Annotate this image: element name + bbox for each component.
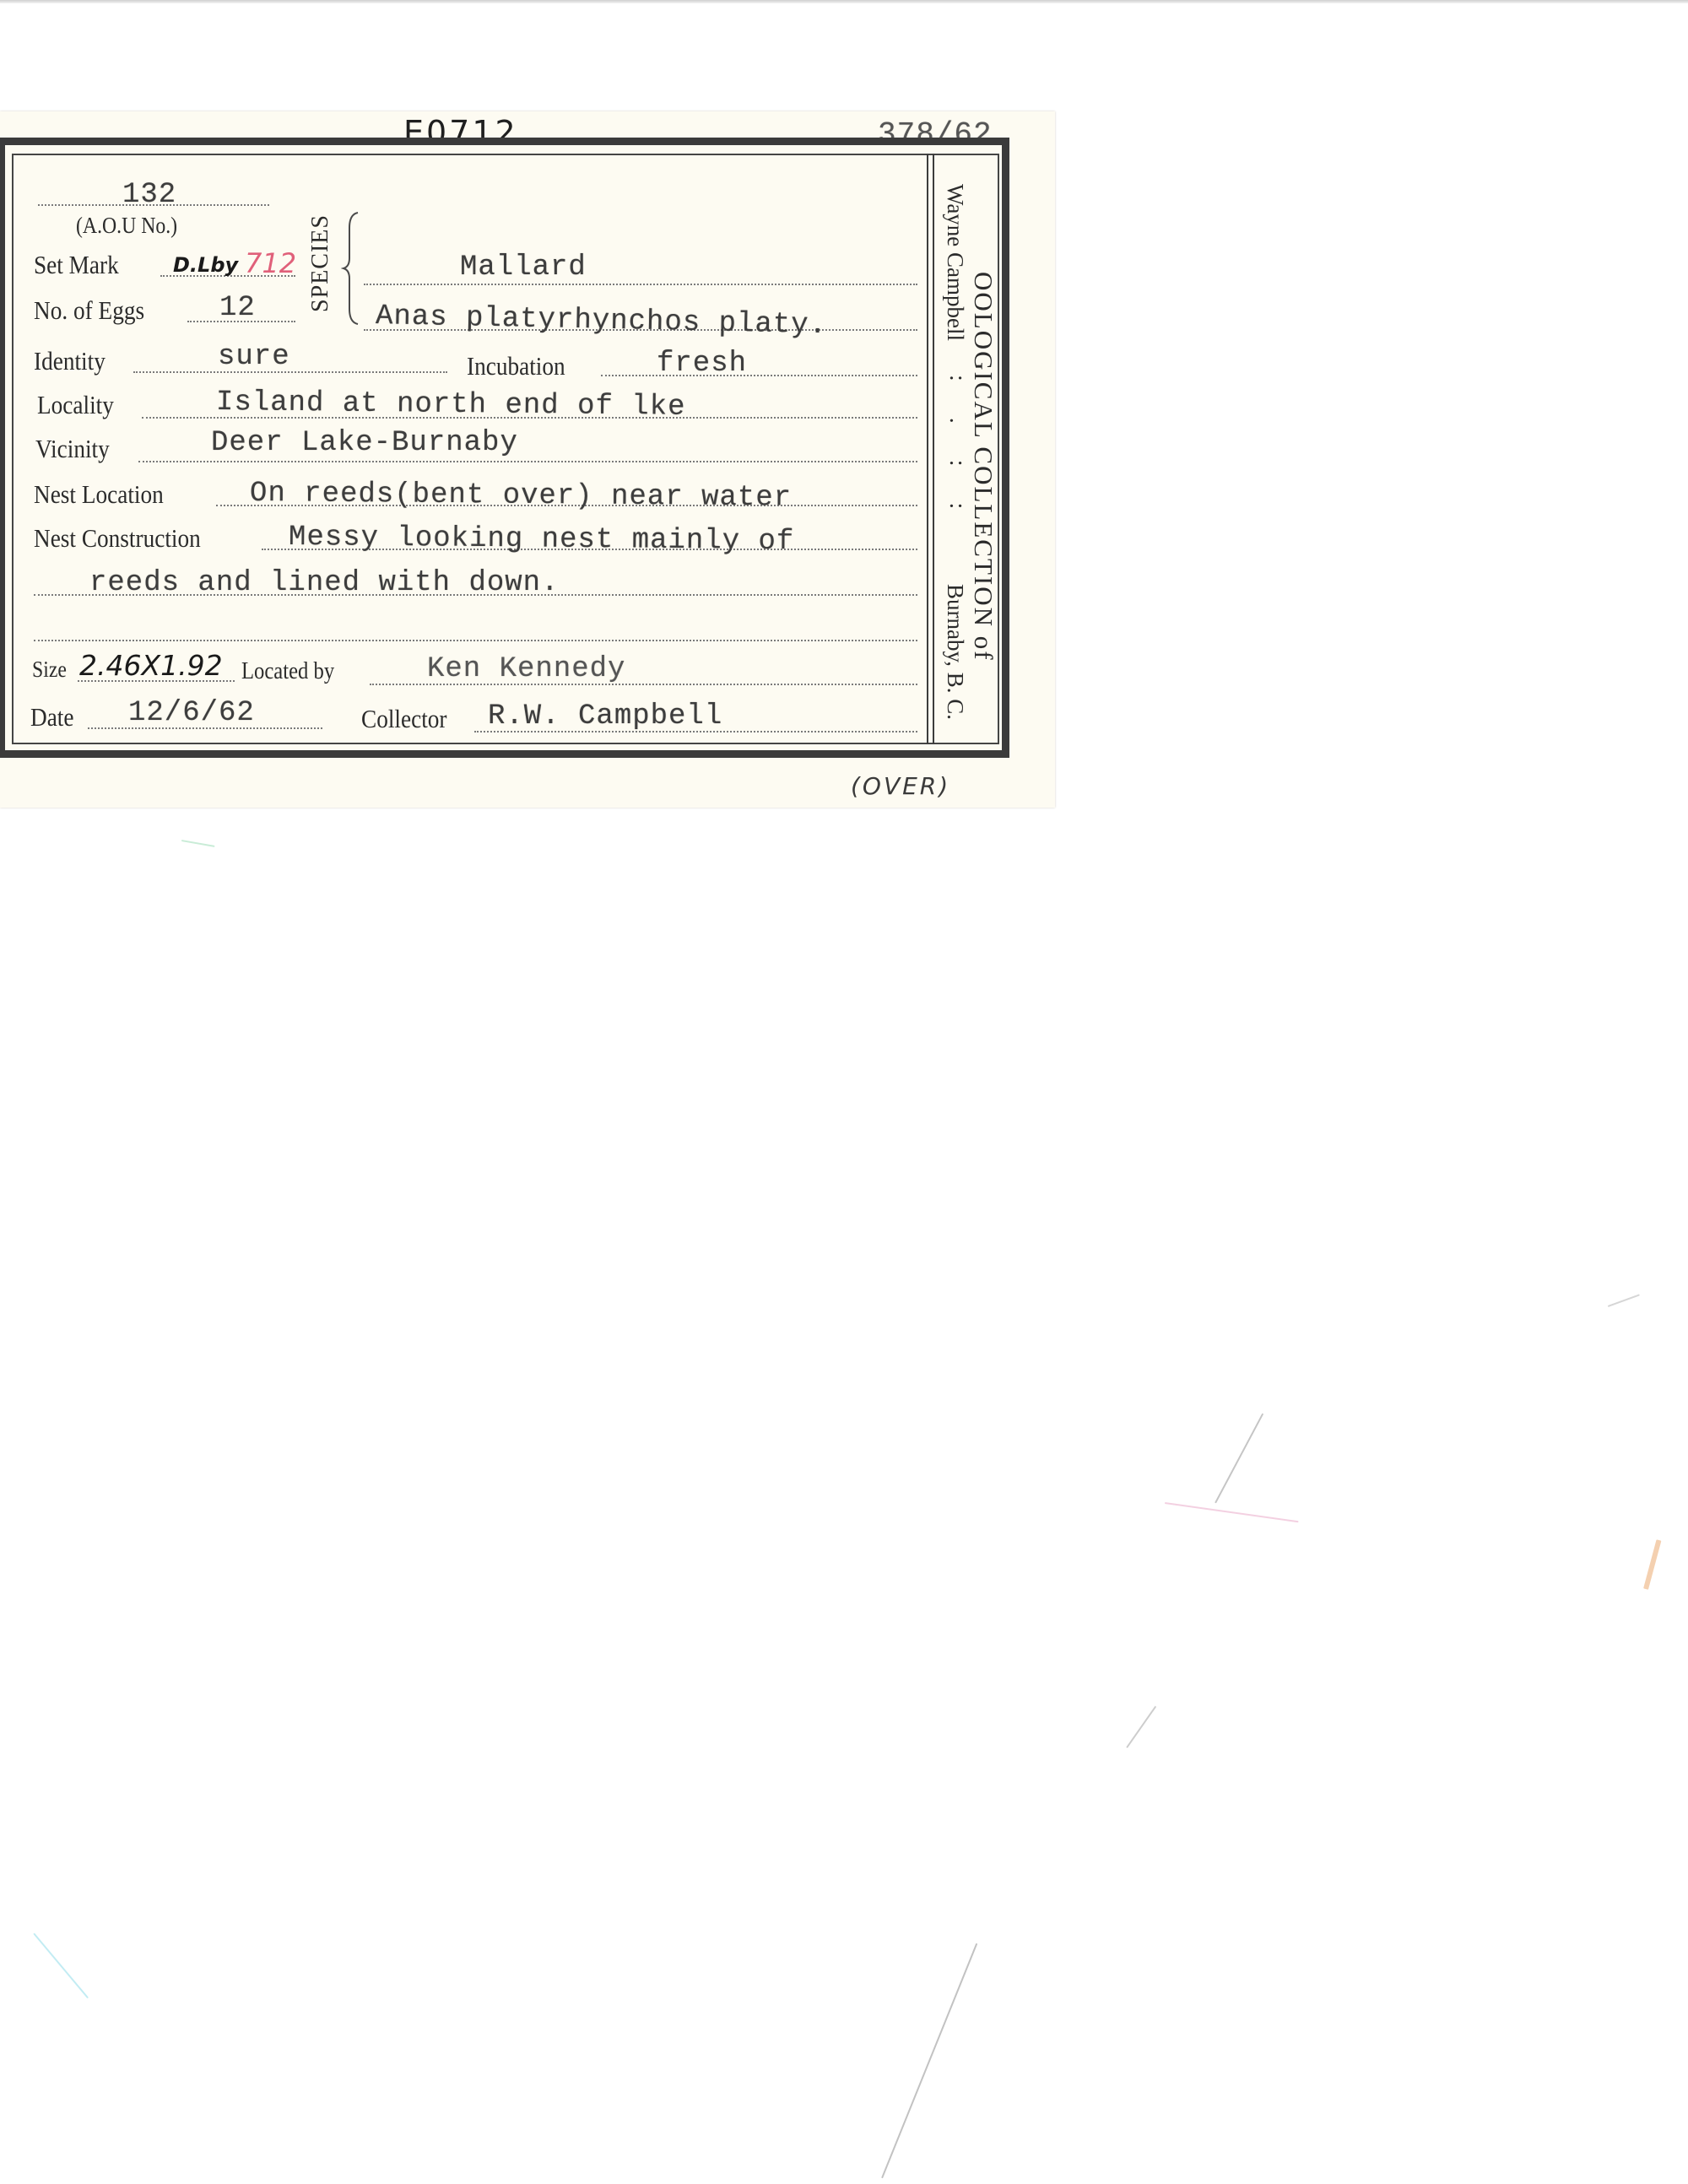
vicinity-line [138,461,917,462]
scan-mark [1126,1706,1156,1748]
side-separators: : . : : [945,375,969,524]
incubation-line [601,375,917,376]
species-common-value: Mallard [460,253,587,282]
scan-mark [1643,1539,1661,1590]
nest-construction-value-2: reeds and lined with down. [89,569,560,597]
scan-mark [881,1943,977,2178]
species-label: SPECIES [309,214,333,312]
side-collection-title-text: OOLOGICAL COLLECTION of [969,272,998,662]
species-label-text: SPECIES [307,214,333,312]
identity-value: sure [218,343,290,371]
set-mark-red-annotation: 712 [245,250,296,277]
scan-mark [33,1933,89,1998]
nest-location-value: On reeds(bent over) near water [250,479,792,513]
eggs-count-value: 12 [219,294,256,322]
side-divider-line-1 [927,154,928,744]
side-place: Burnaby, B. C. [944,584,966,720]
date-label: Date [30,704,74,730]
side-owner-name-text: Wayne Campbell [943,184,968,341]
vicinity-label: Vicinity [35,435,110,462]
nest-construction-value-1: Messy looking nest mainly of [289,523,795,556]
side-collection-title: OOLOGICAL COLLECTION of [971,272,997,662]
incubation-label: Incubation [467,353,565,379]
eggs-count-label: No. of Eggs [34,297,144,323]
scan-top-edge [0,0,1688,3]
vicinity-value: Deer Lake-Burnaby [211,429,518,457]
incubation-value: fresh [657,349,747,378]
side-divider-line-2 [933,154,934,744]
set-mark-value: D.Lby [173,255,238,275]
over-note: (OVER) [851,775,950,798]
scan-mark [181,840,215,847]
nest-construction-label: Nest Construction [34,525,201,551]
scan-mark [1215,1414,1263,1504]
identity-label: Identity [34,348,105,374]
species-common-line [364,284,917,285]
located-by-label: Located by [241,660,334,684]
size-label: Size [32,658,67,681]
locality-label: Locality [37,392,114,418]
identity-line [133,371,447,373]
set-mark-label: Set Mark [34,251,119,278]
locality-value: Island at north end of lke [216,388,686,422]
date-value: 12/6/62 [128,699,255,727]
species-brace-icon [341,211,361,326]
scan-mark [1165,1502,1299,1522]
scan-mark [1608,1294,1640,1307]
egg-data-card: E0712 378/62 132 (A.O.U No.) Set Mark D.… [0,111,1055,808]
size-value: 2.46X1.92 [79,651,223,679]
side-owner-name: Wayne Campbell [944,184,966,341]
side-place-text: Burnaby, B. C. [943,584,968,720]
aou-number-value: 132 [122,181,176,209]
collector-value: R.W. Campbell [488,702,722,731]
side-separators-text: : . : : [944,375,971,524]
aou-number-label: (A.O.U No.) [76,214,177,237]
nest-location-label: Nest Location [34,481,164,507]
collector-label: Collector [361,705,447,732]
located-by-value: Ken Kennedy [427,655,625,684]
blank-line [34,640,917,641]
